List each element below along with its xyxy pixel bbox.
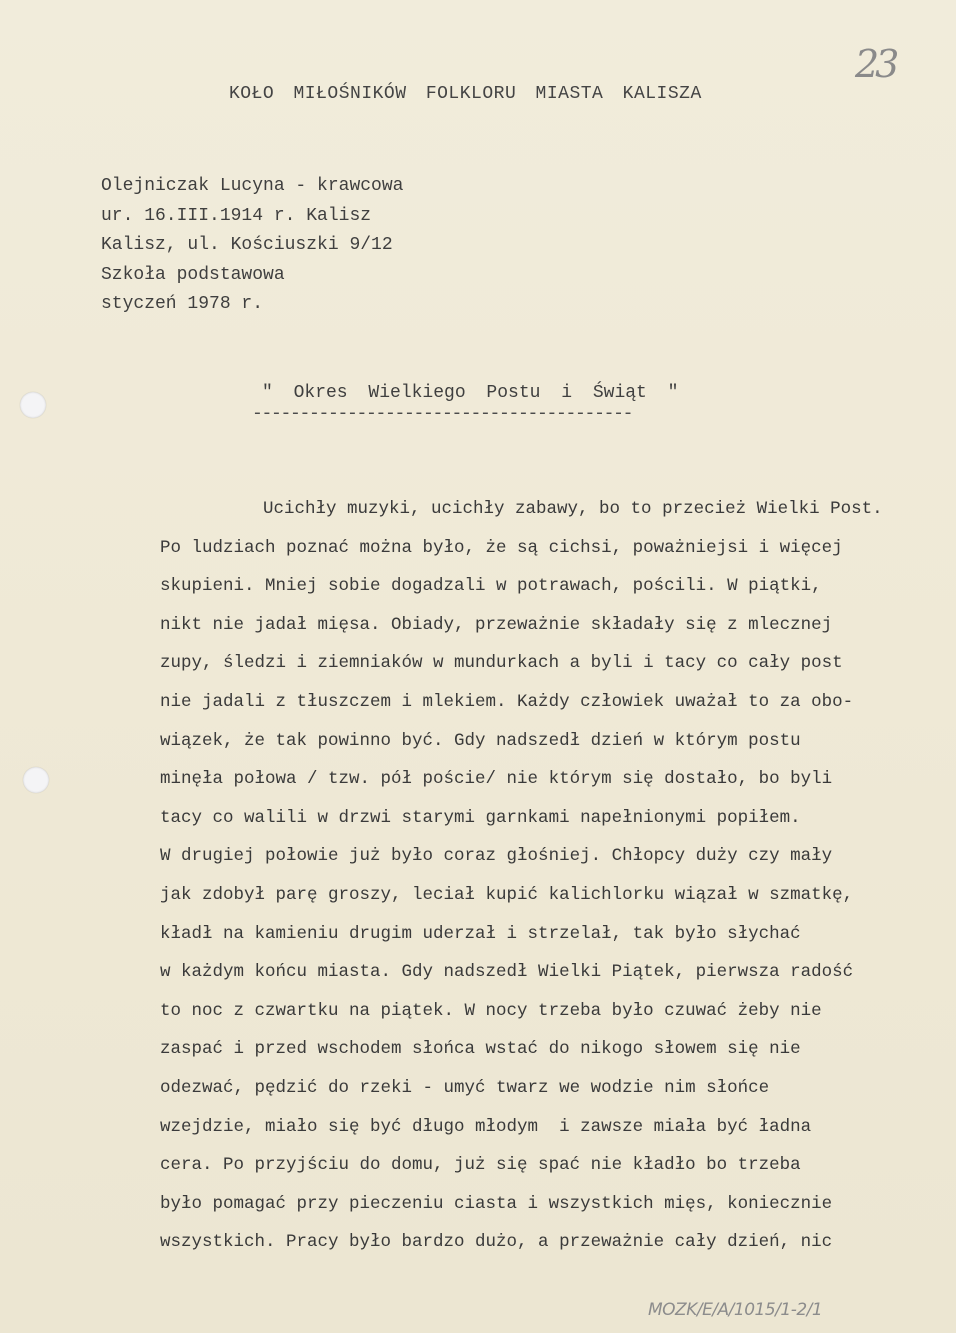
punch-hole-top bbox=[20, 392, 46, 418]
body-line: skupieni. Mniej sobie dogadzali w potraw… bbox=[160, 567, 950, 606]
document-title: " Okres Wielkiego Postu i Świąt " bbox=[262, 383, 678, 403]
body-text: Ucichły muzyki, ucichły zabawy, bo to pr… bbox=[160, 490, 950, 1262]
informant-name-occupation: Olejniczak Lucyna - krawcowa bbox=[101, 172, 403, 202]
body-line: W drugiej połowie już było coraz głośnie… bbox=[160, 837, 950, 876]
body-line: zupy, śledzi i ziemniaków w mundurkach a… bbox=[160, 644, 950, 683]
informant-info: Olejniczak Lucyna - krawcowa ur. 16.III.… bbox=[101, 172, 403, 320]
body-line: to noc z czwartku na piątek. W nocy trze… bbox=[160, 992, 950, 1031]
document-page: 23 KOŁO MIŁOŚNIKÓW FOLKLORU MIASTA KALIS… bbox=[0, 0, 956, 1333]
body-line: tacy co walili w drzwi starymi garnkami … bbox=[160, 799, 950, 838]
body-line: w każdym końcu miasta. Gdy nadszedł Wiel… bbox=[160, 953, 950, 992]
handwritten-page-number: 23 bbox=[855, 42, 895, 86]
body-line: odezwać, pędzić do rzeki - umyć twarz we… bbox=[160, 1069, 950, 1108]
record-date: styczeń 1978 r. bbox=[101, 290, 403, 320]
informant-education: Szkoła podstawowa bbox=[101, 261, 403, 291]
body-line: kładł na kamieniu drugim uderzał i strze… bbox=[160, 915, 950, 954]
body-line: wszystkich. Pracy było bardzo dużo, a pr… bbox=[160, 1223, 950, 1262]
body-line: wiązek, że tak powinno być. Gdy nadszedł… bbox=[160, 722, 950, 761]
body-line: Po ludziach poznać można było, że są cic… bbox=[160, 529, 950, 568]
body-line: było pomagać przy pieczeniu ciasta i wsz… bbox=[160, 1185, 950, 1224]
punch-hole-bottom bbox=[23, 767, 49, 793]
body-line: nie jadali z tłuszczem i mlekiem. Każdy … bbox=[160, 683, 950, 722]
body-line: Ucichły muzyki, ucichły zabawy, bo to pr… bbox=[160, 490, 950, 529]
archive-signature: MOZK/E/A/1015/1-2/1 bbox=[648, 1300, 822, 1320]
body-line: cera. Po przyjściu do domu, już się spać… bbox=[160, 1146, 950, 1185]
informant-birth: ur. 16.III.1914 r. Kalisz bbox=[101, 202, 403, 232]
body-line: wzejdzie, miało się być długo młodym i z… bbox=[160, 1108, 950, 1147]
body-line: nikt nie jadał mięsa. Obiady, przeważnie… bbox=[160, 606, 950, 645]
body-line: minęła połowa / tzw. pół poście/ nie któ… bbox=[160, 760, 950, 799]
title-underline: ---------------------------------------- bbox=[252, 404, 632, 424]
body-line: zaspać i przed wschodem słońca wstać do … bbox=[160, 1030, 950, 1069]
organization-header: KOŁO MIŁOŚNIKÓW FOLKLORU MIASTA KALISZA bbox=[229, 84, 702, 104]
informant-address: Kalisz, ul. Kościuszki 9/12 bbox=[101, 231, 403, 261]
body-line: jak zdobył parę groszy, leciał kupić kal… bbox=[160, 876, 950, 915]
